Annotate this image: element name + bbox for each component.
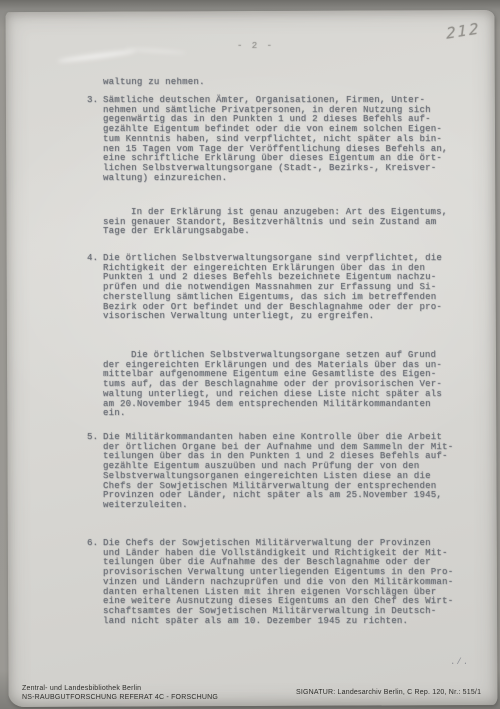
footer-archive-stamp: Zentral- und Landesbibliothek Berlin NS-… xyxy=(22,684,218,702)
item-number: 6. xyxy=(87,539,98,549)
text-line: weiterzuleiten. xyxy=(103,501,455,511)
list-item-4: 4. Die örtlichen Selbstverwaltungsorgane… xyxy=(103,254,455,322)
text-line: visorischen Verwaltung unterliegt, zu er… xyxy=(103,312,455,322)
list-item-3: 3. Sämtliche deutschen Ämter, Organisati… xyxy=(103,96,455,183)
typewritten-layer: - 2 - waltung zu nehmen. 3. Sämtliche de… xyxy=(0,0,500,709)
text-line: waltung) einzureichen. xyxy=(103,174,455,184)
text-line: am 20.November 1945 dem entsprechenden M… xyxy=(103,400,455,410)
list-item-6: 6. Die Chefs der Sowjetischen Militärver… xyxy=(103,539,455,626)
item-number: 4. xyxy=(87,254,98,264)
item-number: 3. xyxy=(87,96,98,106)
text-line: Tage der Erklärungsabgabe. xyxy=(103,227,455,237)
text-line: land nicht später als am 10. Dezember 19… xyxy=(103,617,455,627)
text-line: ein. xyxy=(103,409,455,419)
archive-institution: Zentral- und Landesbibliothek Berlin xyxy=(22,684,218,693)
continuation-mark: ./. xyxy=(450,657,469,667)
text-line: waltung zu nehmen. xyxy=(103,78,455,88)
list-item-5: 5. Die Militärkommandanten haben eine Ko… xyxy=(103,433,455,511)
continuation-line: waltung zu nehmen. xyxy=(103,78,455,88)
sub-paragraph: Die örtlichen Selbstverwaltungsorgane se… xyxy=(103,351,455,419)
item-number: 5. xyxy=(87,433,98,443)
sub-paragraph: In der Erklärung ist genau anzugeben: Ar… xyxy=(103,208,455,237)
archive-department: NS-RAUBGUTFORSCHUNG REFERAT 4C - FORSCHU… xyxy=(22,693,218,702)
page-number: - 2 - xyxy=(237,41,274,51)
footer-signature: SIGNATUR: Landesarchiv Berlin, C Rep. 12… xyxy=(296,689,481,696)
